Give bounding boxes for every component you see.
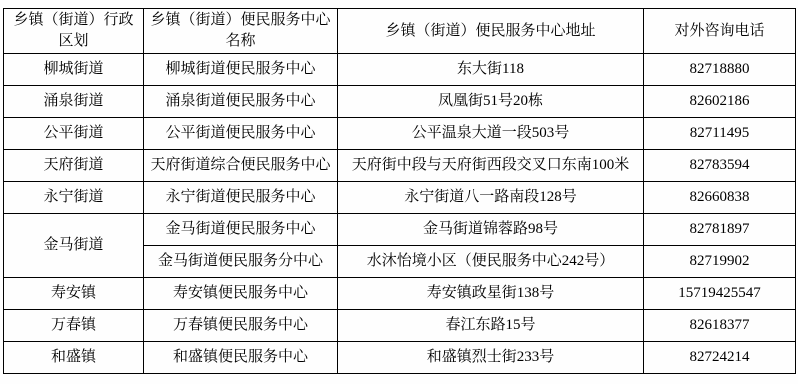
cell-address: 春江东路15号 xyxy=(338,310,644,342)
cell-address: 永宁街道八一路南段128号 xyxy=(338,182,644,214)
cell-district: 万春镇 xyxy=(4,310,144,342)
cell-center-name: 天府街道综合便民服务中心 xyxy=(144,150,338,182)
table-row: 公平街道 公平街道便民服务中心 公平温泉大道一段503号 82711495 xyxy=(4,118,796,150)
cell-center-name: 金马街道便民服务中心 xyxy=(144,214,338,246)
service-center-table-container: 乡镇（街道）行政区划 乡镇（街道）便民服务中心名称 乡镇（街道）便民服务中心地址… xyxy=(3,8,796,374)
cell-center-name: 永宁街道便民服务中心 xyxy=(144,182,338,214)
table-row: 涌泉街道 涌泉街道便民服务中心 凤凰街51号20栋 82602186 xyxy=(4,86,796,118)
cell-address: 凤凰街51号20栋 xyxy=(338,86,644,118)
cell-center-name: 涌泉街道便民服务中心 xyxy=(144,86,338,118)
cell-district: 柳城街道 xyxy=(4,54,144,86)
cell-center-name: 万春镇便民服务中心 xyxy=(144,310,338,342)
cell-address: 金马街道锦蓉路98号 xyxy=(338,214,644,246)
cell-phone: 82719902 xyxy=(644,246,796,278)
table-header-row: 乡镇（街道）行政区划 乡镇（街道）便民服务中心名称 乡镇（街道）便民服务中心地址… xyxy=(4,9,796,54)
cell-phone: 82660838 xyxy=(644,182,796,214)
header-address: 乡镇（街道）便民服务中心地址 xyxy=(338,9,644,54)
cell-district: 寿安镇 xyxy=(4,278,144,310)
cell-address: 东大街118 xyxy=(338,54,644,86)
cell-phone: 15719425547 xyxy=(644,278,796,310)
cell-district: 和盛镇 xyxy=(4,342,144,374)
table-row: 永宁街道 永宁街道便民服务中心 永宁街道八一路南段128号 82660838 xyxy=(4,182,796,214)
cell-phone: 82724214 xyxy=(644,342,796,374)
cell-district: 天府街道 xyxy=(4,150,144,182)
table-row: 柳城街道 柳城街道便民服务中心 东大街118 82718880 xyxy=(4,54,796,86)
cell-district: 永宁街道 xyxy=(4,182,144,214)
cell-address: 寿安镇政星街138号 xyxy=(338,278,644,310)
cell-district: 涌泉街道 xyxy=(4,86,144,118)
cell-center-name: 和盛镇便民服务中心 xyxy=(144,342,338,374)
cell-phone: 82781897 xyxy=(644,214,796,246)
cell-center-name: 公平街道便民服务中心 xyxy=(144,118,338,150)
cell-district: 公平街道 xyxy=(4,118,144,150)
cell-phone: 82602186 xyxy=(644,86,796,118)
cell-district-merged: 金马街道 xyxy=(4,214,144,278)
header-district: 乡镇（街道）行政区划 xyxy=(4,9,144,54)
cell-address: 公平温泉大道一段503号 xyxy=(338,118,644,150)
cell-center-name: 寿安镇便民服务中心 xyxy=(144,278,338,310)
cell-address: 天府街中段与天府街西段交叉口东南100米 xyxy=(338,150,644,182)
header-center-name: 乡镇（街道）便民服务中心名称 xyxy=(144,9,338,54)
table-row: 万春镇 万春镇便民服务中心 春江东路15号 82618377 xyxy=(4,310,796,342)
header-phone: 对外咨询电话 xyxy=(644,9,796,54)
table-row: 天府街道 天府街道综合便民服务中心 天府街中段与天府街西段交叉口东南100米 8… xyxy=(4,150,796,182)
cell-address: 和盛镇烈士街233号 xyxy=(338,342,644,374)
table-row: 和盛镇 和盛镇便民服务中心 和盛镇烈士街233号 82724214 xyxy=(4,342,796,374)
cell-center-name: 柳城街道便民服务中心 xyxy=(144,54,338,86)
cell-phone: 82718880 xyxy=(644,54,796,86)
cell-phone: 82711495 xyxy=(644,118,796,150)
cell-center-name: 金马街道便民服务分中心 xyxy=(144,246,338,278)
cell-phone: 82618377 xyxy=(644,310,796,342)
service-center-table: 乡镇（街道）行政区划 乡镇（街道）便民服务中心名称 乡镇（街道）便民服务中心地址… xyxy=(3,8,796,374)
cell-address: 水沐怡境小区（便民服务中心242号） xyxy=(338,246,644,278)
table-row: 寿安镇 寿安镇便民服务中心 寿安镇政星街138号 15719425547 xyxy=(4,278,796,310)
cell-phone: 82783594 xyxy=(644,150,796,182)
table-row: 金马街道 金马街道便民服务中心 金马街道锦蓉路98号 82781897 xyxy=(4,214,796,246)
